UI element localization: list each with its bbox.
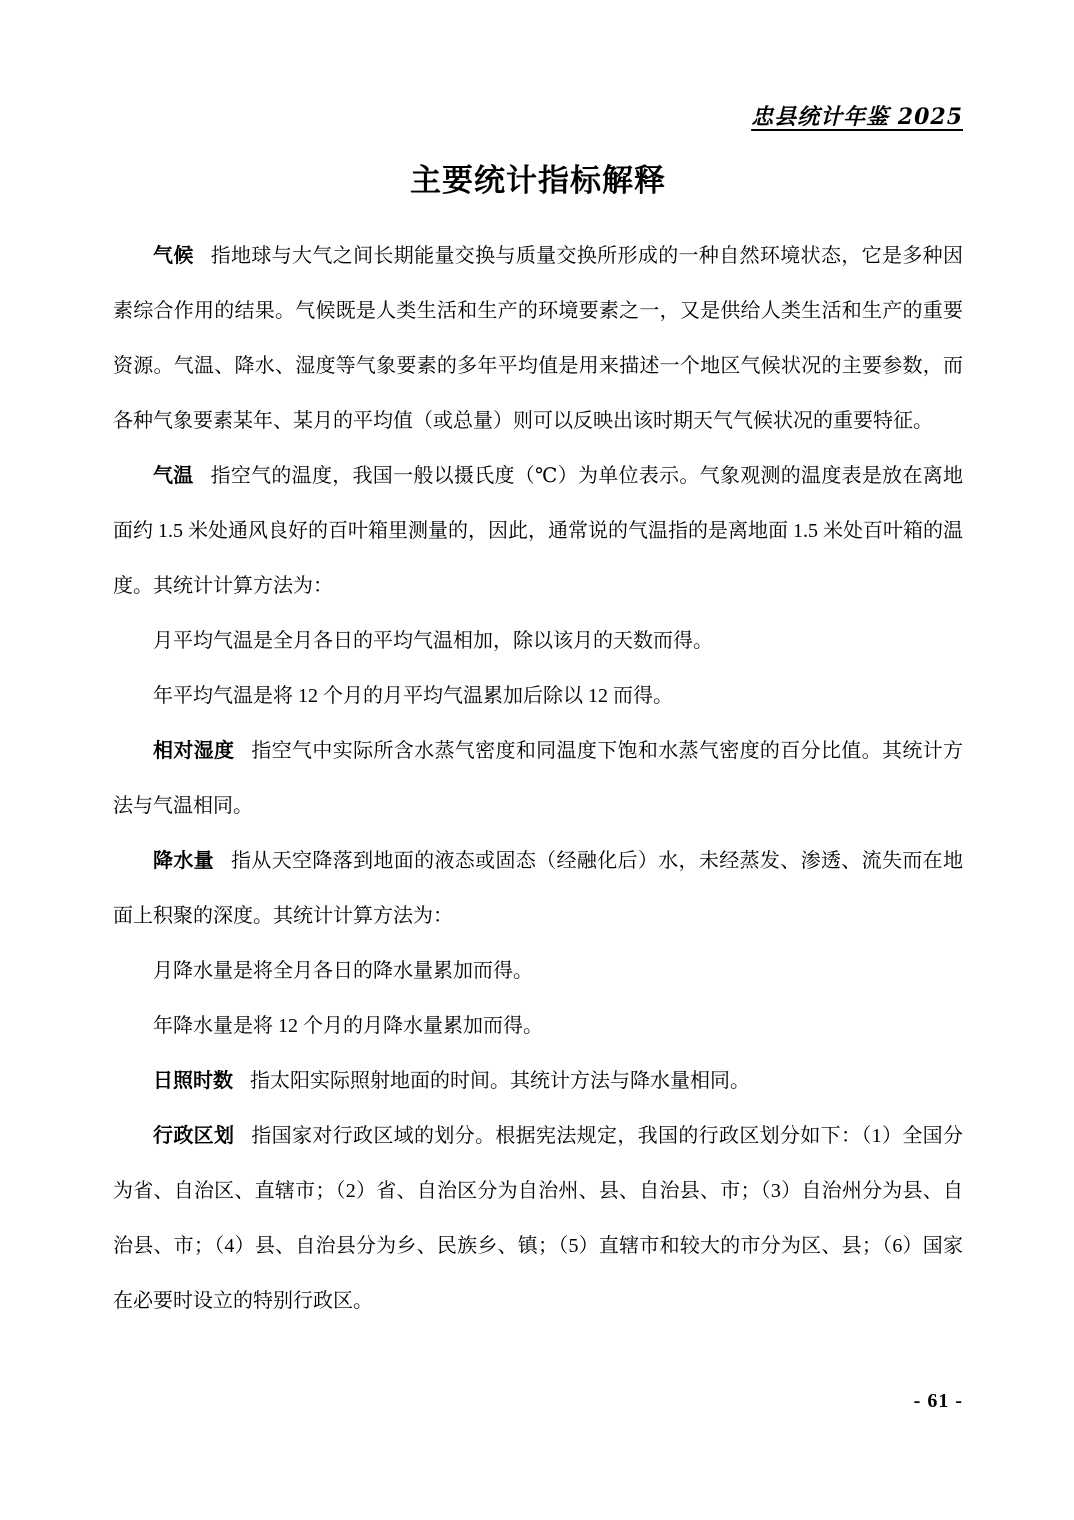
- term-label: 行政区划: [153, 1125, 234, 1147]
- paragraph-annual-precipitation: 年降水量是将 12 个月的月降水量累加而得。: [113, 999, 963, 1054]
- page-title: 主要统计指标解释: [113, 159, 963, 203]
- paragraph-precipitation: 降水量指从天空降落到地面的液态或固态（经融化后）水，未经蒸发、渗透、流失而在地面…: [113, 834, 963, 944]
- paragraph-monthly-precipitation: 月降水量是将全月各日的降水量累加而得。: [113, 944, 963, 999]
- paragraph-text: 指地球与大气之间长期能量交换与质量交换所形成的一种自然环境状态，它是多种因素综合…: [113, 245, 963, 432]
- paragraph-text: 年降水量是将 12 个月的月降水量累加而得。: [153, 1015, 543, 1037]
- term-label: 气温: [153, 465, 194, 487]
- term-label: 气候: [153, 245, 194, 267]
- term-label: 日照时数: [153, 1070, 233, 1092]
- paragraph-text: 指太阳实际照射地面的时间。其统计方法与降水量相同。: [250, 1070, 750, 1092]
- paragraph-administrative-divisions: 行政区划指国家对行政区域的划分。根据宪法规定，我国的行政区划分如下：（1）全国分…: [113, 1109, 963, 1329]
- paragraph-text: 月降水量是将全月各日的降水量累加而得。: [153, 960, 533, 982]
- paragraph-temperature: 气温指空气的温度，我国一般以摄氏度（℃）为单位表示。气象观测的温度表是放在离地面…: [113, 449, 963, 614]
- paragraph-text: 月平均气温是全月各日的平均气温相加，除以该月的天数而得。: [153, 630, 713, 652]
- page-header: 忠县统计年鉴 2025: [113, 101, 963, 133]
- paragraph-sunshine-hours: 日照时数指太阳实际照射地面的时间。其统计方法与降水量相同。: [113, 1054, 963, 1109]
- page-number: - 61 -: [914, 1390, 963, 1413]
- paragraph-text: 指空气中实际所含水蒸气密度和同温度下饱和水蒸气密度的百分比值。其统计方法与气温相…: [113, 740, 963, 817]
- paragraph-relative-humidity: 相对湿度指空气中实际所含水蒸气密度和同温度下饱和水蒸气密度的百分比值。其统计方法…: [113, 724, 963, 834]
- paragraph-text: 年平均气温是将 12 个月的月平均气温累加后除以 12 而得。: [153, 685, 673, 707]
- paragraph-text: 指从天空降落到地面的液态或固态（经融化后）水，未经蒸发、渗透、流失而在地面上积聚…: [113, 850, 963, 927]
- paragraph-monthly-avg-temp: 月平均气温是全月各日的平均气温相加，除以该月的天数而得。: [113, 614, 963, 669]
- paragraph-text: 指空气的温度，我国一般以摄氏度（℃）为单位表示。气象观测的温度表是放在离地面约 …: [113, 465, 963, 597]
- paragraph-annual-avg-temp: 年平均气温是将 12 个月的月平均气温累加后除以 12 而得。: [113, 669, 963, 724]
- document-page: 忠县统计年鉴 2025 主要统计指标解释 气候指地球与大气之间长期能量交换与质量…: [0, 0, 1074, 1520]
- yearbook-header-text: 忠县统计年鉴 2025: [751, 104, 963, 130]
- paragraph-climate: 气候指地球与大气之间长期能量交换与质量交换所形成的一种自然环境状态，它是多种因素…: [113, 229, 963, 449]
- page-content: 忠县统计年鉴 2025 主要统计指标解释 气候指地球与大气之间长期能量交换与质量…: [0, 101, 1074, 1329]
- paragraph-text: 指国家对行政区域的划分。根据宪法规定，我国的行政区划分如下：（1）全国分为省、自…: [113, 1125, 963, 1312]
- document-body: 气候指地球与大气之间长期能量交换与质量交换所形成的一种自然环境状态，它是多种因素…: [113, 229, 963, 1329]
- term-label: 降水量: [153, 850, 214, 872]
- term-label: 相对湿度: [153, 740, 234, 762]
